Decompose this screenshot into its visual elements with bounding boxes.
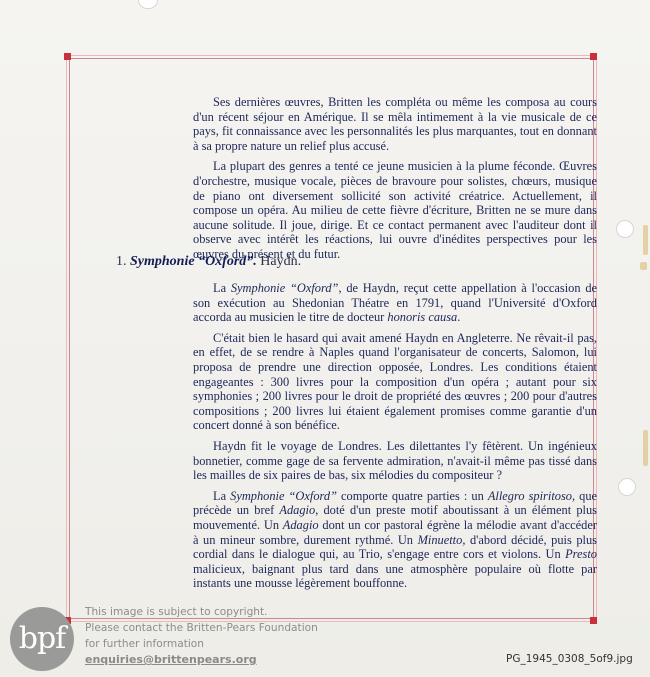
frame-corner-top-right	[590, 53, 597, 60]
frame-corner-bottom-right	[590, 617, 597, 624]
frame-corner-top-left	[64, 53, 71, 60]
body-paragraph-2: C'était bien le hasard qui avait amené H…	[193, 331, 597, 433]
section-number: 1.	[116, 254, 127, 269]
paper-stain	[640, 262, 647, 270]
copyright-line: for further information	[85, 636, 318, 652]
section-title: Symphonie “Oxford”.	[130, 254, 257, 269]
body-paragraph-1: La Symphonie “Oxford”, de Haydn, reçut c…	[193, 281, 597, 325]
section-body: La Symphonie “Oxford”, de Haydn, reçut c…	[193, 281, 597, 597]
intro-paragraph: Ses dernières œuvres, Britten les complé…	[193, 95, 597, 153]
section-composer: Haydn.	[260, 254, 301, 269]
intro-text: Ses dernières œuvres, Britten les complé…	[193, 95, 597, 268]
copyright-line: This image is subject to copyright.	[85, 604, 318, 620]
contact-email-link[interactable]: enquiries@brittenpears.org	[85, 652, 318, 668]
bpf-logo: bpf	[10, 607, 74, 671]
paper-stain	[643, 225, 648, 255]
body-paragraph-4: La Symphonie “Oxford” comporte quatre pa…	[193, 489, 597, 591]
copyright-line: Please contact the Britten-Pears Foundat…	[85, 620, 318, 636]
punch-hole-upper	[616, 220, 634, 238]
paper-stain	[643, 430, 648, 466]
punch-hole-lower	[618, 478, 636, 496]
body-paragraph-3: Haydn fit le voyage de Londres. Les dile…	[193, 439, 597, 483]
copyright-notice: This image is subject to copyright. Plea…	[85, 604, 318, 668]
image-filename: PG_1945_0308_5of9.jpg	[506, 653, 633, 665]
intro-paragraph: La plupart des genres a tenté ce jeune m…	[193, 159, 597, 261]
section-heading: 1. Symphonie “Oxford”. Haydn.	[116, 254, 301, 270]
